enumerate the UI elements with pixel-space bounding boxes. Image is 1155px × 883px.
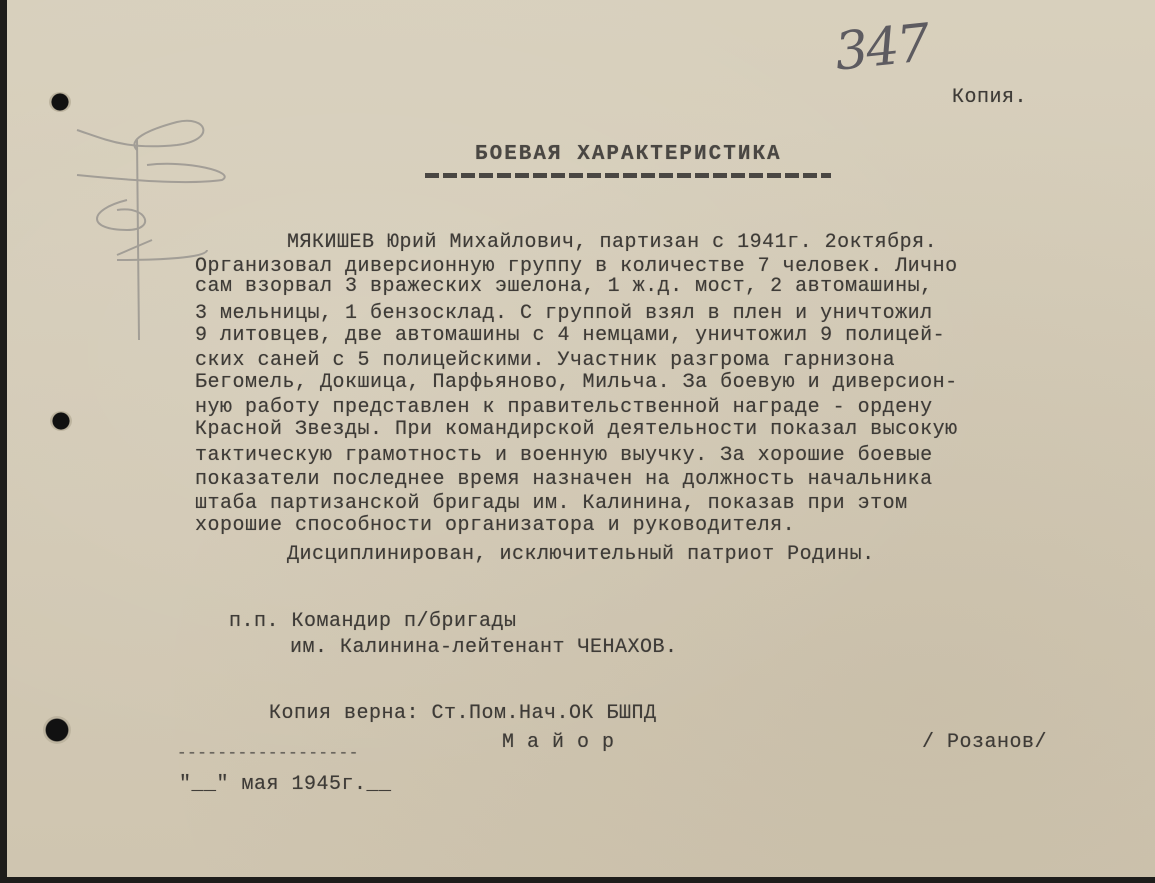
certifier-rank: М а й о р — [502, 733, 615, 753]
punch-hole-middle — [50, 411, 72, 431]
body-line: хорошие способности организатора и руков… — [195, 516, 795, 536]
document-date: "__" мая 1945г.__ — [179, 775, 392, 795]
body-line: тактическую грамотность и военную выучку… — [195, 446, 933, 466]
body-line: показатели последнее время назначен на д… — [195, 470, 933, 490]
certifier-name: / Розанов/ — [922, 733, 1047, 753]
certification-label: Копия верна: Ст.Пом.Нач.ОК БШПД — [269, 704, 657, 724]
document-page: 347 Копия. БОЕВАЯ ХАРАКТЕРИСТИКА МЯКИШЕВ… — [7, 0, 1155, 877]
archive-number: 347 — [832, 13, 931, 82]
body-line: Красной Звезды. При командирской деятель… — [195, 420, 958, 440]
punch-hole-top — [49, 92, 71, 112]
body-line: 9 литовцев, две автомашины с 4 немцами, … — [195, 326, 945, 346]
body-line: Бегомель, Докшица, Парфьяново, Мильча. З… — [195, 373, 958, 393]
body-line: штаба партизанской бригады им. Калинина,… — [195, 494, 908, 514]
body-line: сам взорвал 3 вражеских эшелона, 1 ж.д. … — [195, 277, 933, 297]
body-line: МЯКИШЕВ Юрий Михайлович, партизан с 1941… — [287, 233, 937, 253]
punch-hole-bottom — [43, 716, 71, 744]
body-line: Организовал диверсионную группу в количе… — [195, 257, 958, 277]
body-line: Дисциплинирован, исключительный патриот … — [287, 545, 875, 565]
signature-line-2: им. Калинина-лейтенант ЧЕНАХОВ. — [290, 638, 678, 658]
copy-mark: Копия. — [952, 88, 1027, 108]
document-title: БОЕВАЯ ХАРАКТЕРИСТИКА — [475, 144, 782, 165]
signature-blank-line: ------------------ — [177, 745, 359, 761]
title-underline — [425, 173, 831, 178]
signature-line-1: п.п. Командир п/бригады — [229, 612, 517, 632]
body-line: 3 мельницы, 1 бензосклад. С группой взял… — [195, 304, 933, 324]
body-line: ских саней с 5 полицейскими. Участник ра… — [195, 351, 895, 371]
body-line: ную работу представлен к правительственн… — [195, 398, 933, 418]
